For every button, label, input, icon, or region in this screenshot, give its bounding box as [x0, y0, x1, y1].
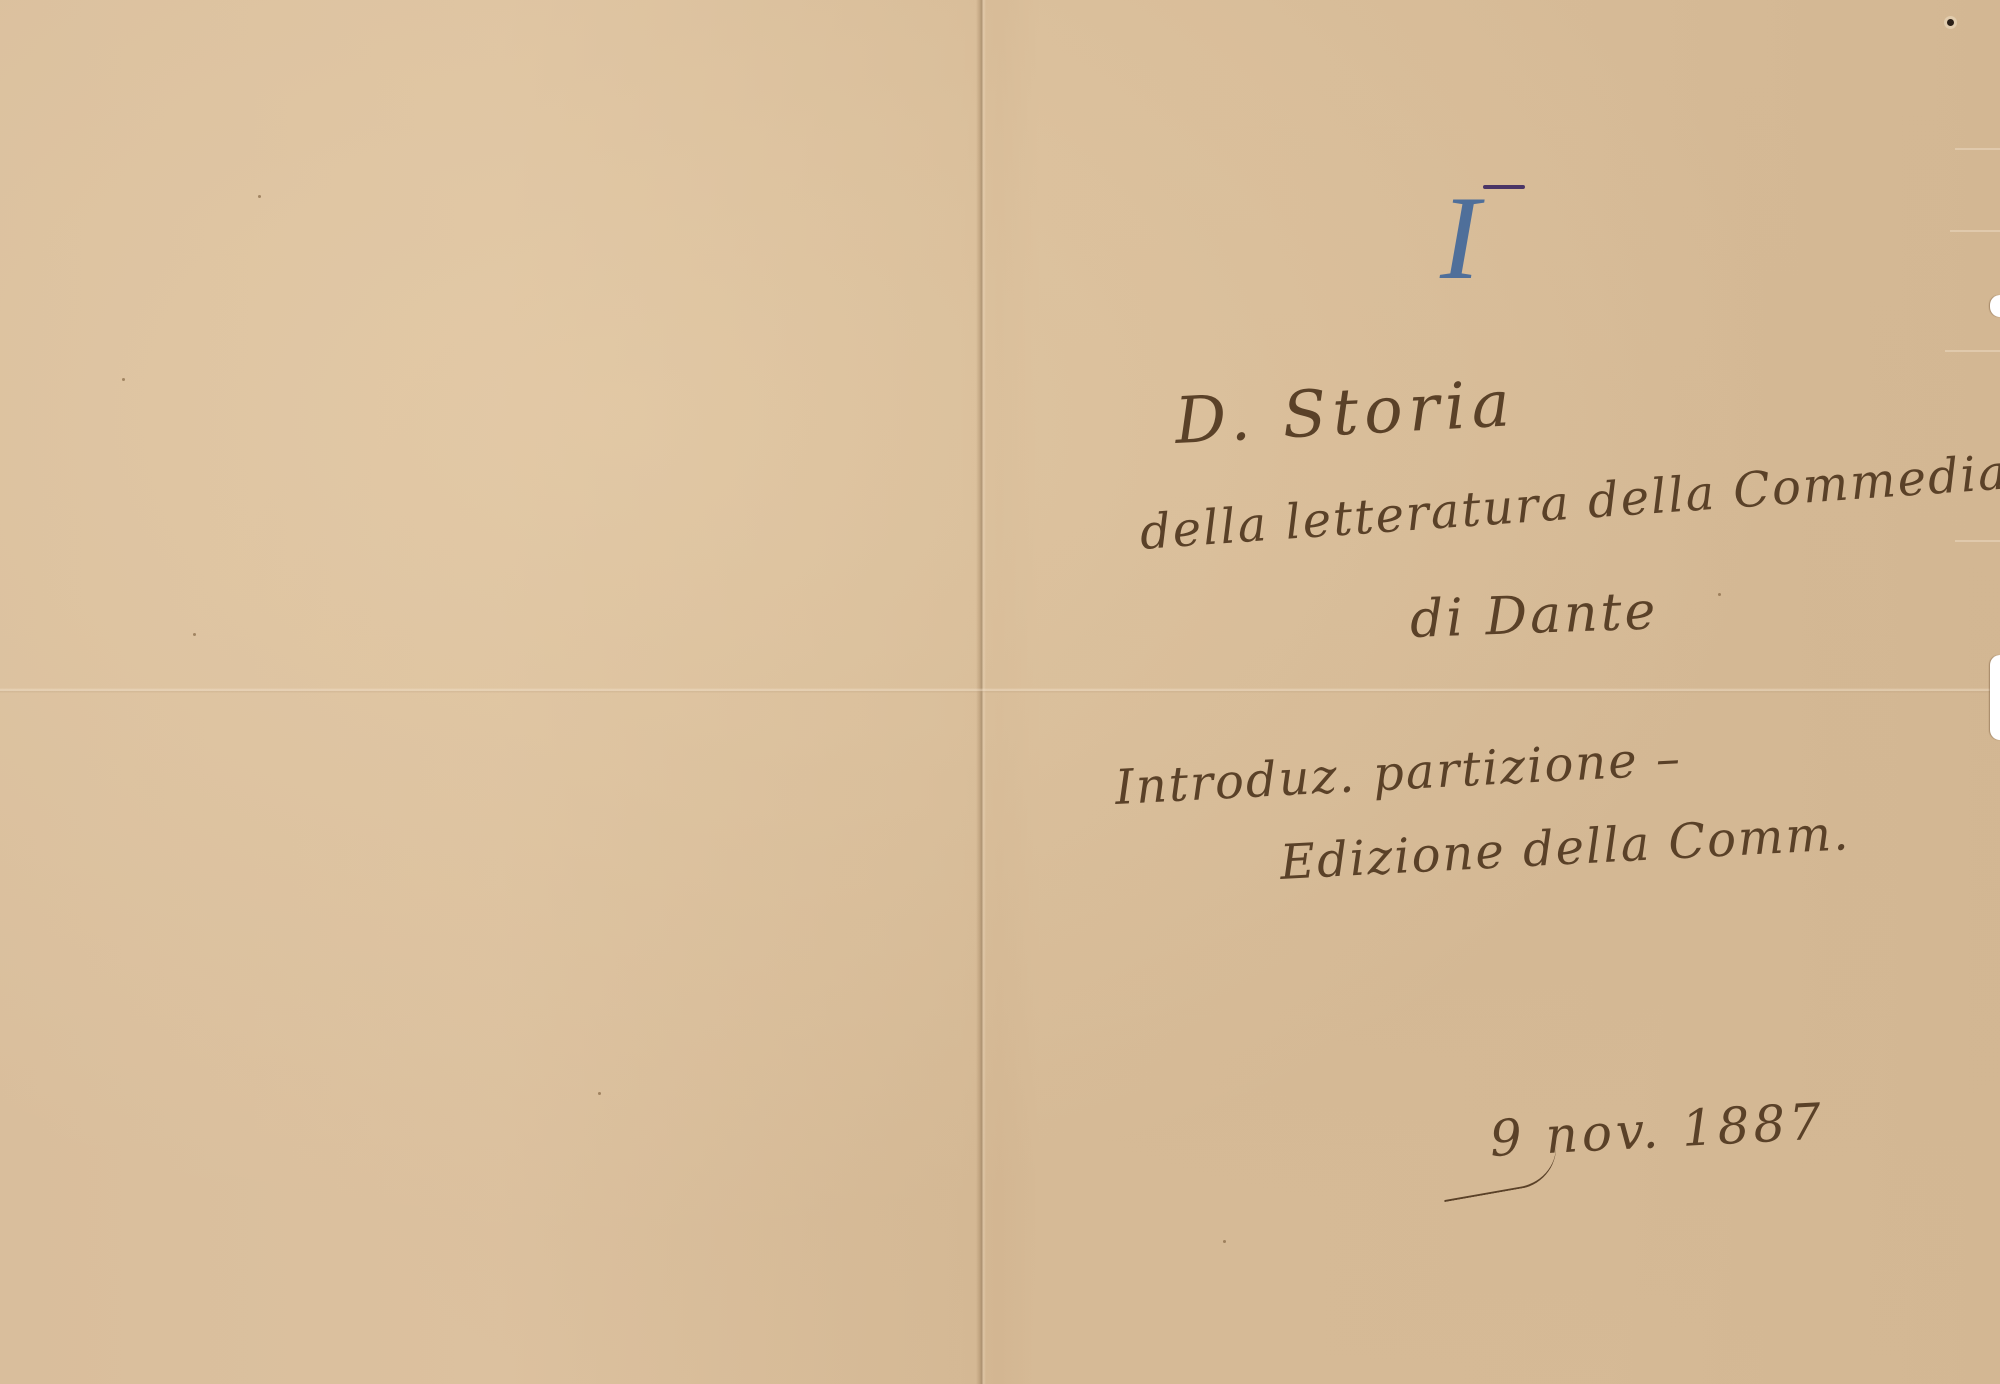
paper-speck: [1718, 593, 1721, 596]
section-numeral: I: [1440, 178, 1480, 298]
horizontal-fold: [0, 688, 2000, 693]
pin-hole: [1947, 19, 1954, 26]
paper-speck: [122, 378, 125, 381]
manuscript-sheet: I D. Storia della letteratura della Comm…: [0, 0, 2000, 1384]
torn-edge-notch: [1990, 655, 2000, 740]
paper-speck: [598, 1092, 601, 1095]
edge-crease: [1950, 230, 2000, 232]
paper-speck: [1223, 1240, 1226, 1243]
paper-speck: [193, 633, 196, 636]
numeral-overbar: [1483, 185, 1525, 189]
handwritten-line-author: di Dante: [1409, 581, 1659, 650]
edge-crease: [1955, 540, 2000, 542]
paper-speck: [258, 195, 261, 198]
edge-crease: [1955, 148, 2000, 150]
edge-crease: [1945, 350, 2000, 352]
